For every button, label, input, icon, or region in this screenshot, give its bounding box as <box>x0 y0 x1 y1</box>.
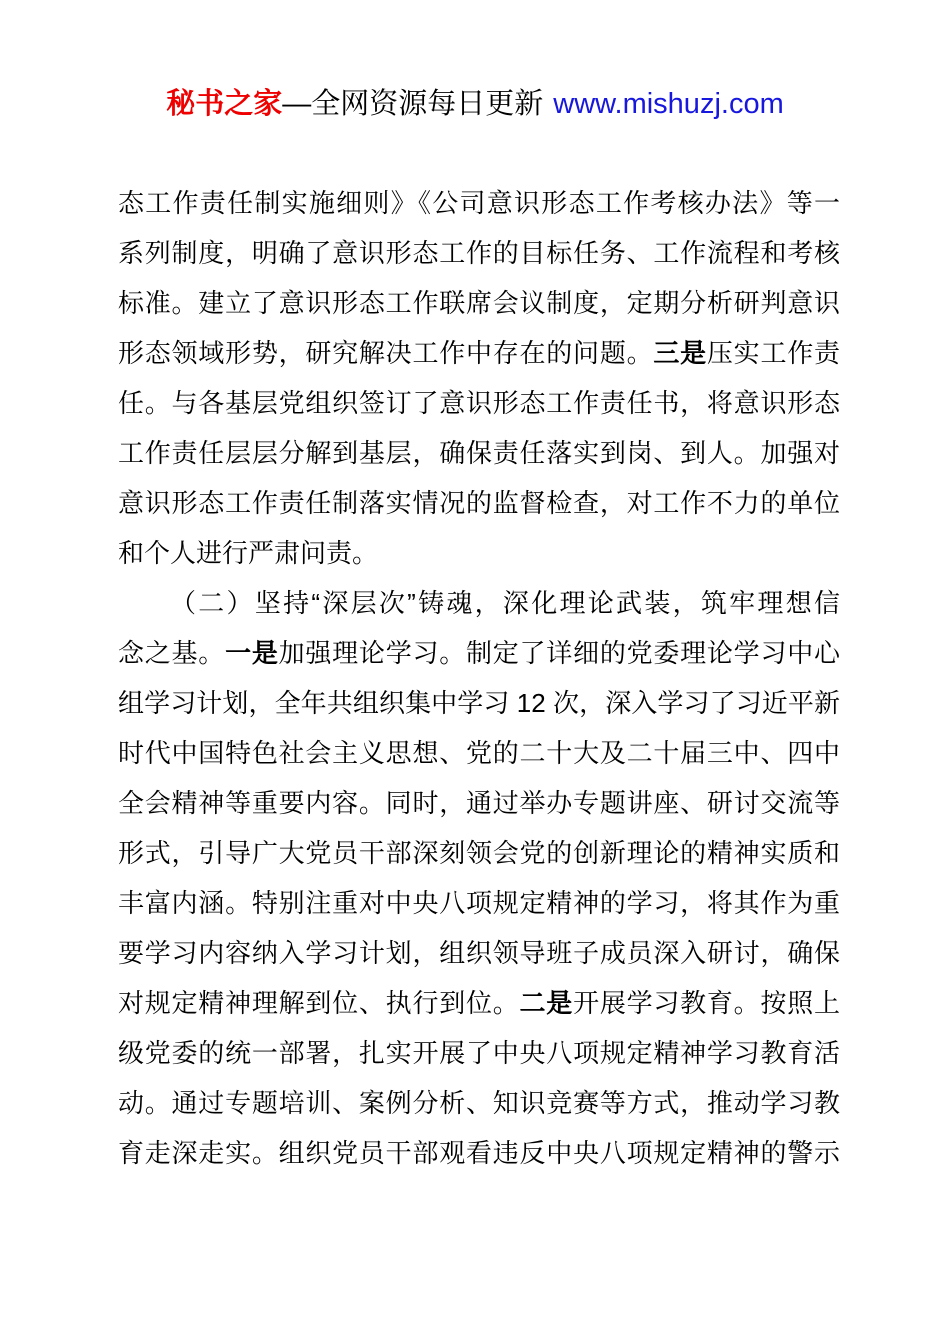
body-text: 丰富内涵。特别注重对中央八项规定精神的学习，将其作为重 <box>118 888 840 918</box>
text-line: 育走深走实。组织党员干部观看违反中央八项规定精神的警示 <box>118 1128 840 1178</box>
body-text: 开展学习教育。按照上 <box>573 988 840 1018</box>
body-text: 级党委的统一部署，扎实开展了中央八项规定精神学习教育活 <box>118 1038 840 1068</box>
body-text: 动。通过专题培训、案例分析、知识竞赛等方式，推动学习教 <box>118 1088 840 1118</box>
text-line: （二）坚持“深层次”铸魂，深化理论武装，筑牢理想信 <box>118 578 840 628</box>
text-line: 和个人进行严肃问责。 <box>118 528 840 578</box>
text-line: 时代中国特色社会主义思想、党的二十大及二十届三中、四中 <box>118 728 840 778</box>
text-line: 对规定精神理解到位、执行到位。二是开展学习教育。按照上 <box>118 978 840 1028</box>
body-text: 对规定精神理解到位、执行到位。 <box>118 988 520 1018</box>
body-text: 意识形态工作责任制落实情况的监督检查，对工作不力的单位 <box>118 488 840 518</box>
text-line: 级党委的统一部署，扎实开展了中央八项规定精神学习教育活 <box>118 1028 840 1078</box>
body-text: 态工作责任制实施细则》《公司意识形态工作考核办法》等一 <box>118 188 840 218</box>
body-text: （二）坚持“深层次”铸魂，深化理论武装，筑牢理想信 <box>170 588 840 618</box>
body-text: 组学习计划，全年共组织集中学习 12 次，深入学习了习近平新 <box>118 688 840 718</box>
body-text: 要学习内容纳入学习计划，组织领导班子成员深入研讨，确保 <box>118 938 840 968</box>
text-line: 要学习内容纳入学习计划，组织领导班子成员深入研讨，确保 <box>118 928 840 978</box>
body-text: 和个人进行严肃问责。 <box>118 538 378 568</box>
body-text: 全会精神等重要内容。同时，通过举办专题讲座、研讨交流等 <box>118 788 840 818</box>
text-line: 念之基。一是加强理论学习。制定了详细的党委理论学习中心 <box>118 628 840 678</box>
text-line: 丰富内涵。特别注重对中央八项规定精神的学习，将其作为重 <box>118 878 840 928</box>
text-line: 意识形态工作责任制落实情况的监督检查，对工作不力的单位 <box>118 478 840 528</box>
body-text: 加强理论学习。制定了详细的党委理论学习中心 <box>279 638 840 668</box>
site-brand: 秘书之家 <box>166 88 282 120</box>
body-text: 系列制度，明确了意识形态工作的目标任务、工作流程和考核 <box>118 238 840 268</box>
body-text: 工作责任层层分解到基层，确保责任落实到岗、到人。加强对 <box>118 438 840 468</box>
text-line: 任。与各基层党组织签订了意识形态工作责任书，将意识形态 <box>118 378 840 428</box>
body-text: 压实工作责 <box>707 338 840 368</box>
body-text: 时代中国特色社会主义思想、党的二十大及二十届三中、四中 <box>118 738 840 768</box>
body-text: 形态领域形势，研究解决工作中存在的问题。 <box>118 338 653 368</box>
text-line: 全会精神等重要内容。同时，通过举办专题讲座、研讨交流等 <box>118 778 840 828</box>
text-line: 工作责任层层分解到基层，确保责任落实到岗、到人。加强对 <box>118 428 840 478</box>
bold-emphasis-text: 一是 <box>225 638 279 668</box>
site-tagline: —全网资源每日更新 <box>282 88 543 120</box>
text-line: 形态领域形势，研究解决工作中存在的问题。三是压实工作责 <box>118 328 840 378</box>
bold-emphasis-text: 二是 <box>520 988 574 1018</box>
body-text: 形式，引导广大党员干部深刻领会党的创新理论的精神实质和 <box>118 838 840 868</box>
site-header: 秘书之家—全网资源每日更新www.mishuzj.com <box>0 86 950 122</box>
document-body: 态工作责任制实施细则》《公司意识形态工作考核办法》等一系列制度，明确了意识形态工… <box>118 178 840 1178</box>
document-page: 秘书之家—全网资源每日更新www.mishuzj.com 态工作责任制实施细则》… <box>0 0 950 1344</box>
body-text: 任。与各基层党组织签订了意识形态工作责任书，将意识形态 <box>118 388 840 418</box>
text-line: 动。通过专题培训、案例分析、知识竞赛等方式，推动学习教 <box>118 1078 840 1128</box>
site-url[interactable]: www.mishuzj.com <box>553 88 783 120</box>
text-line: 系列制度，明确了意识形态工作的目标任务、工作流程和考核 <box>118 228 840 278</box>
text-line: 形式，引导广大党员干部深刻领会党的创新理论的精神实质和 <box>118 828 840 878</box>
bold-emphasis-text: 三是 <box>653 338 707 368</box>
body-text: 标准。建立了意识形态工作联席会议制度，定期分析研判意识 <box>118 288 840 318</box>
text-line: 标准。建立了意识形态工作联席会议制度，定期分析研判意识 <box>118 278 840 328</box>
text-line: 态工作责任制实施细则》《公司意识形态工作考核办法》等一 <box>118 178 840 228</box>
text-line: 组学习计划，全年共组织集中学习 12 次，深入学习了习近平新 <box>118 678 840 728</box>
body-text: 念之基。 <box>118 638 225 668</box>
body-text: 育走深走实。组织党员干部观看违反中央八项规定精神的警示 <box>118 1138 840 1168</box>
